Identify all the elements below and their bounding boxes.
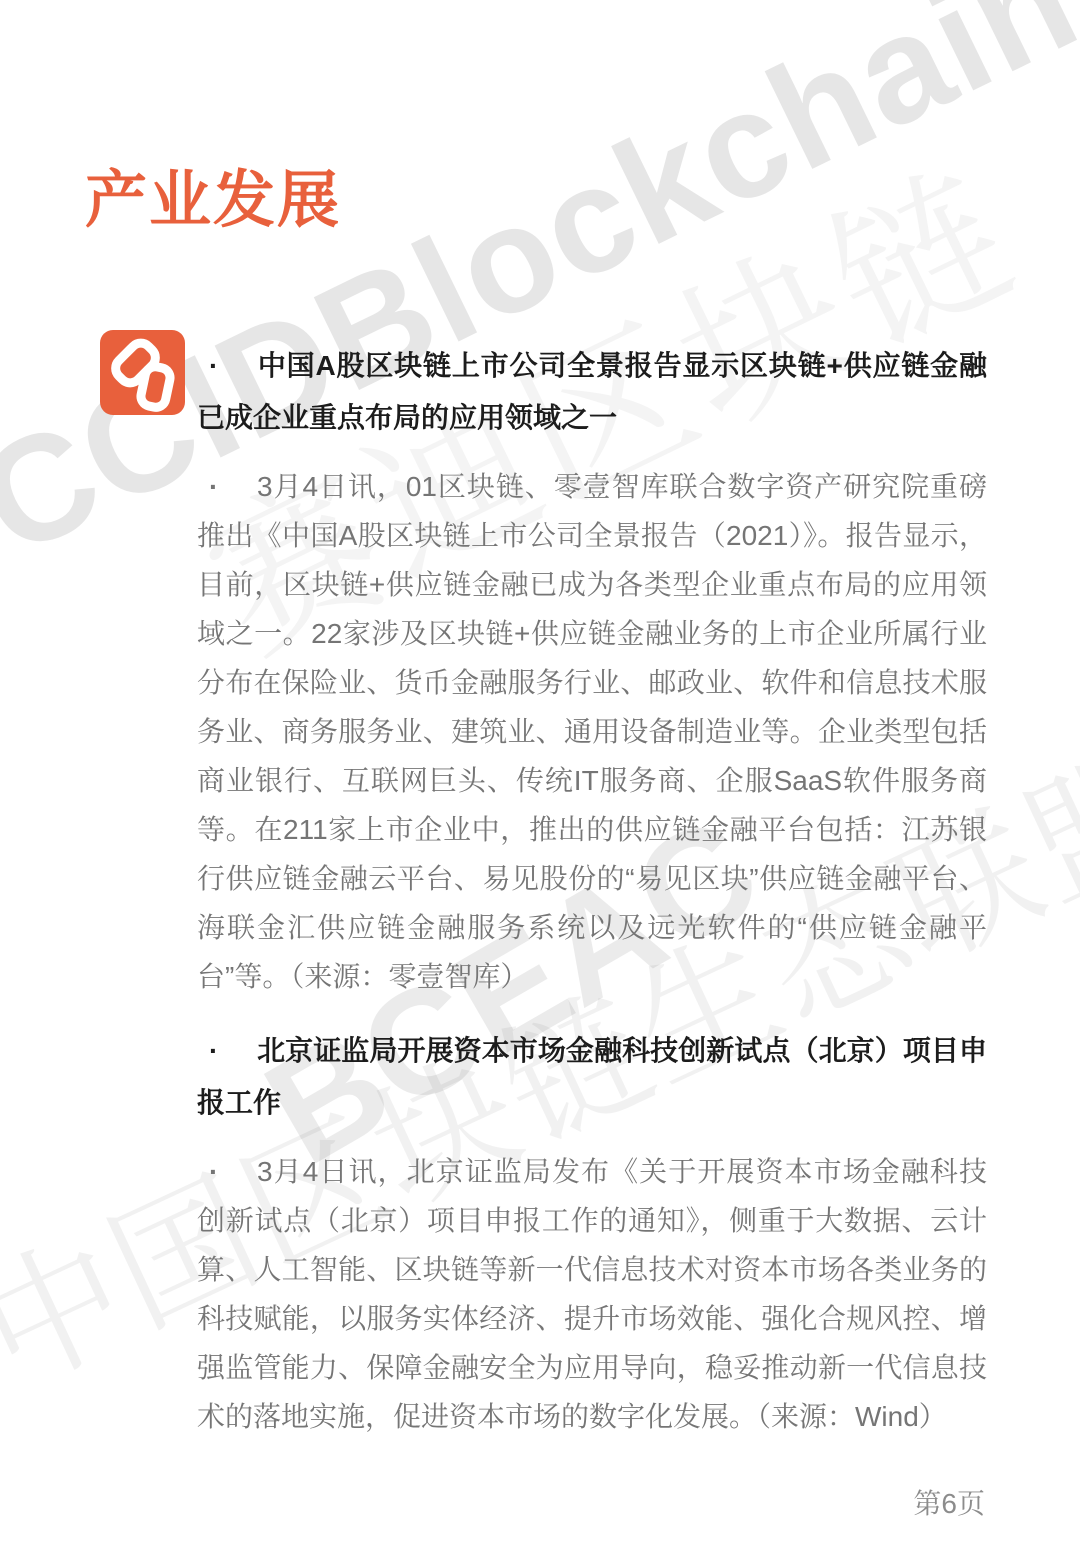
news-paragraph-2-text: 3月4日讯，北京证监局发布《关于开展资本市场金融科技创新试点（北京）项目申报工作… <box>197 1156 987 1432</box>
news-heading-1: ·中国A股区块链上市公司全景报告显示区块链+供应链金融已成企业重点布局的应用领域… <box>197 340 987 444</box>
chain-link-icon <box>100 330 185 415</box>
page-number: 第6页 <box>913 1482 985 1522</box>
news-paragraph-2: ·3月4日讯，北京证监局发布《关于开展资本市场金融科技创新试点（北京）项目申报工… <box>197 1147 987 1441</box>
news-heading-1-text: 中国A股区块链上市公司全景报告显示区块链+供应链金融已成企业重点布局的应用领域之… <box>197 350 987 433</box>
news-paragraph-1: ·3月4日讯，01区块链、零壹智库联合数字资产研究院重磅推出《中国A股区块链上市… <box>197 462 987 1001</box>
bullet-icon: · <box>197 1147 257 1196</box>
page-title: 产业发展 <box>85 150 341 239</box>
news-heading-2-text: 北京证监局开展资本市场金融科技创新试点（北京）项目申报工作 <box>197 1035 987 1118</box>
news-paragraph-1-text: 3月4日讯，01区块链、零壹智库联合数字资产研究院重磅推出《中国A股区块链上市公… <box>197 471 987 992</box>
news-heading-2: ·北京证监局开展资本市场金融科技创新试点（北京）项目申报工作 <box>197 1025 987 1129</box>
content-column: ·中国A股区块链上市公司全景报告显示区块链+供应链金融已成企业重点布局的应用领域… <box>197 340 987 1465</box>
bullet-icon: · <box>197 1025 257 1077</box>
document-page: CCIDBlockchain 赛迪区块链 BCEAC 中国区块链生态联盟 产业发… <box>0 0 1080 1558</box>
bullet-icon: · <box>197 340 257 392</box>
bullet-icon: · <box>197 462 257 511</box>
